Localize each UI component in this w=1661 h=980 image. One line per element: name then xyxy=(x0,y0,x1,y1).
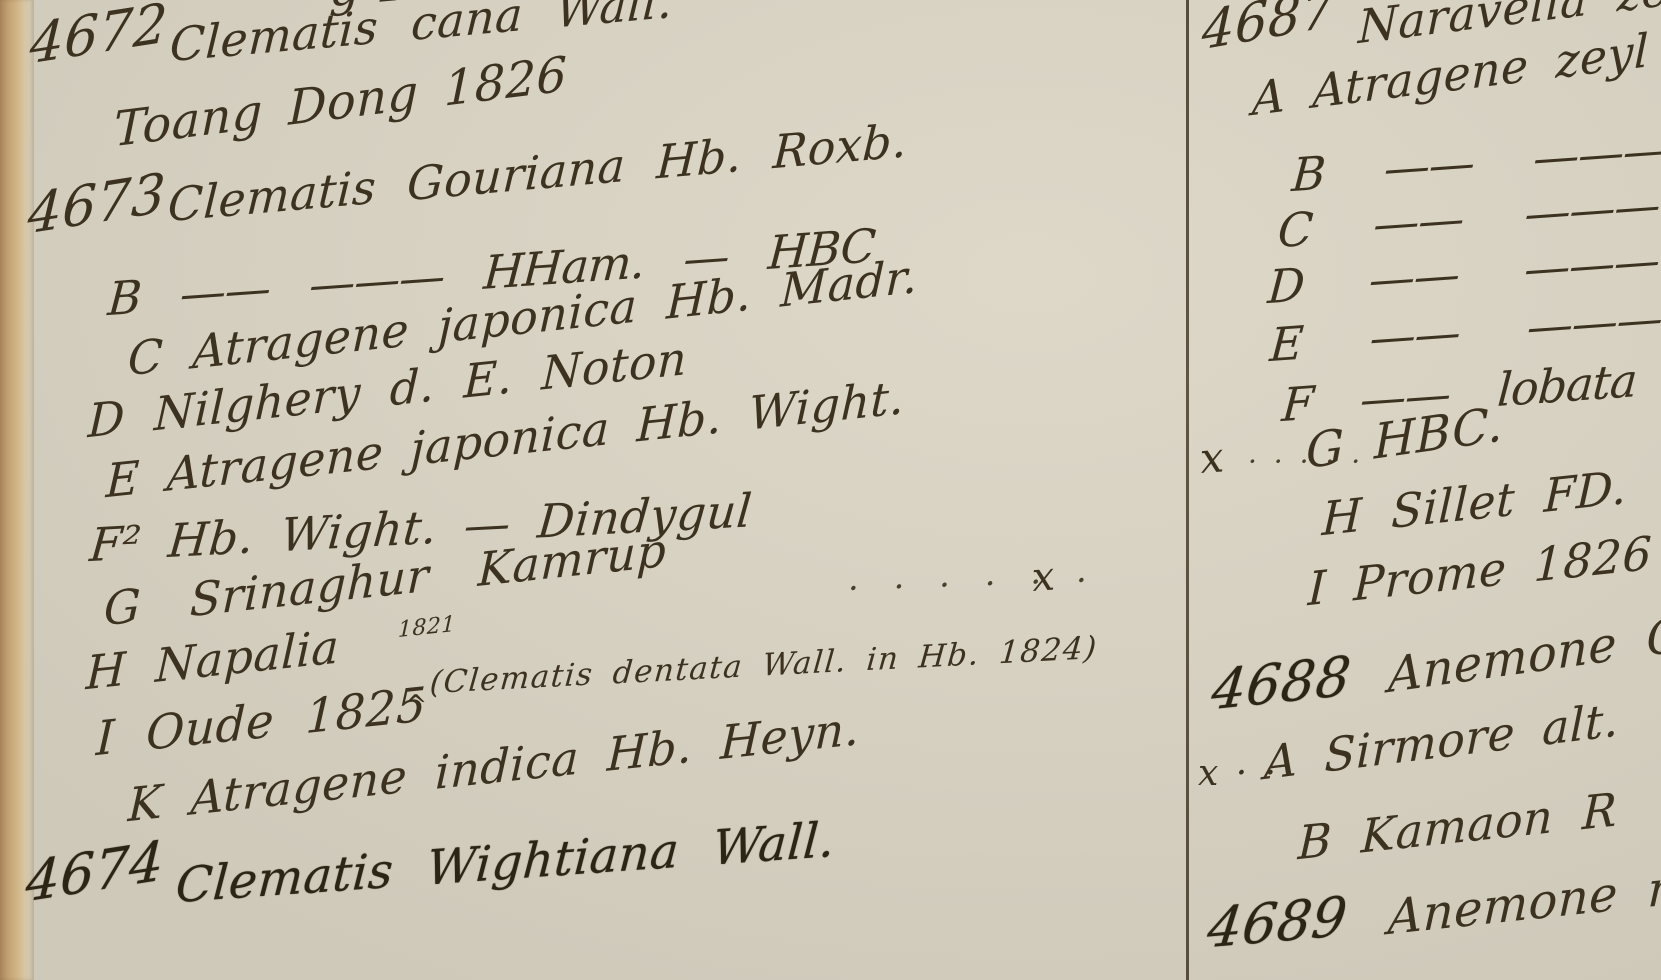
entry-4689-number: 4689 xyxy=(1205,889,1351,956)
entry-4688-number: 4688 xyxy=(1209,649,1353,718)
entry-4687-line-h: H Sillet FD. xyxy=(1321,464,1627,542)
entry-4688-species: Anemone Go xyxy=(1388,606,1661,700)
entry-4687-line-g-x-mark: x xyxy=(1199,436,1226,480)
right-column: 4687 Naravelia ze A Atragene zeyl B —— —… xyxy=(0,0,1661,980)
manuscript-page: g 1826 4672 Clematis cana Wall. Toang Do… xyxy=(0,0,1661,980)
entry-4687-number: 4687 xyxy=(1201,0,1335,59)
entry-4688-line-b: B Kamaon R xyxy=(1297,786,1618,866)
entry-4689-species: Anemone m xyxy=(1387,862,1661,943)
